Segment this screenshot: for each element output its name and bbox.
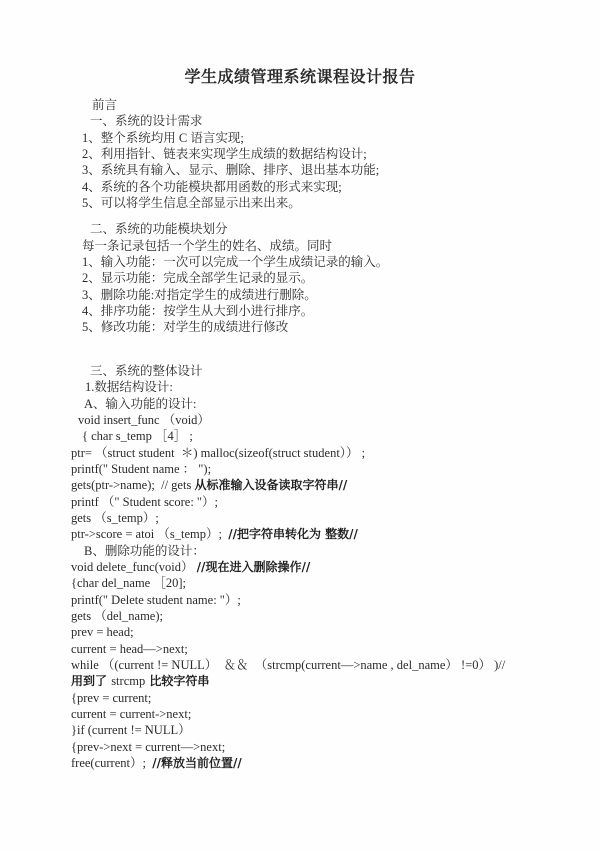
text-segment: A、输入功能的设计: <box>84 397 197 411</box>
text-line: }if (current != NULL） <box>71 722 576 738</box>
text-line: 一、系统的设计需求 <box>71 113 576 129</box>
text-line: { char s_temp ［4］ ; <box>71 428 576 444</box>
text-segment: gets （del_name); <box>71 609 163 623</box>
text-line: 用到了 strcmp 比较字符串 <box>71 673 576 689</box>
paragraph-spacer <box>71 336 576 363</box>
text-segment: 1、整个系统均用 C 语言实现; <box>82 131 244 145</box>
paragraph-spacer <box>71 211 576 221</box>
bold-comment-segment: 比较字符串 <box>145 674 209 688</box>
text-segment: prev = head; <box>71 625 134 639</box>
text-line: 5、修改功能：对学生的成绩进行修改 <box>71 319 576 335</box>
bold-comment-segment: //把字符串转化为 整数// <box>228 527 358 541</box>
text-line: printf(" Student name ： "); <box>71 461 576 477</box>
text-segment: 三、系统的整体设计 <box>90 364 203 378</box>
text-segment: current = current->next; <box>71 707 191 721</box>
document-page: 学生成绩管理系统课程设计报告 前言一、系统的设计需求1、整个系统均用 C 语言实… <box>0 0 600 850</box>
text-line: prev = head; <box>71 624 576 640</box>
text-segment: {prev->next = current—>next; <box>71 740 225 754</box>
text-line: 1、输入功能：一次可以完成一个学生成绩记录的输入。 <box>71 254 576 270</box>
text-line: printf （" Student score: "）; <box>71 494 576 510</box>
text-segment: {char del_name ［20]; <box>71 576 186 590</box>
text-line: 2、利用指针、链表来实现学生成绩的数据结构设计; <box>71 146 576 162</box>
text-segment: 2、利用指针、链表来实现学生成绩的数据结构设计; <box>82 147 367 161</box>
text-line: ptr->score = atoi （s_temp）; //把字符串转化为 整数… <box>71 526 576 542</box>
text-segment: free(current）; <box>71 756 152 770</box>
text-segment: gets （s_temp）; <box>71 511 159 525</box>
text-segment: strcmp <box>111 674 145 688</box>
text-line: void insert_func （void） <box>71 412 576 428</box>
page-title: 学生成绩管理系统课程设计报告 <box>0 0 600 89</box>
text-segment: 5、可以将学生信息全部显示出来出来。 <box>82 196 301 210</box>
text-segment: B、删除功能的设计： <box>84 544 205 558</box>
text-line: 前言 <box>71 97 576 113</box>
bold-comment-segment: //释放当前位置// <box>152 756 242 770</box>
text-segment: gets(ptr->name); // gets <box>71 478 194 492</box>
text-line: 2、显示功能：完成全部学生记录的显示。 <box>71 270 576 286</box>
text-line: 3、删除功能:对指定学生的成绩进行删除。 <box>71 287 576 303</box>
text-segment: current = head—>next; <box>71 642 188 656</box>
text-line: {char del_name ［20]; <box>71 575 576 591</box>
text-line: while （(current != NULL） ＆＆ （strcmp(curr… <box>71 657 576 673</box>
text-line: 每一条记录包括一个学生的姓名、成绩。同时 <box>71 238 576 254</box>
text-line: 1.数据结构设计: <box>71 379 576 395</box>
text-segment: 前言 <box>92 98 117 112</box>
text-line: 三、系统的整体设计 <box>71 363 576 379</box>
text-segment: while （(current != NULL） ＆＆ （strcmp(curr… <box>71 658 505 672</box>
text-segment: 1.数据结构设计: <box>85 380 173 394</box>
text-line: current = head—>next; <box>71 641 576 657</box>
text-segment: {prev = current; <box>71 691 151 705</box>
text-segment: 2、显示功能：完成全部学生记录的显示。 <box>82 271 313 285</box>
text-segment: printf(" Delete student name: "）; <box>71 593 241 607</box>
bold-comment-segment: //现在进入删除操作// <box>197 560 311 574</box>
text-line: 4、排序功能：按学生从大到小进行排序。 <box>71 303 576 319</box>
text-line: free(current）; //释放当前位置// <box>71 755 576 771</box>
text-segment: 一、系统的设计需求 <box>90 114 203 128</box>
text-line: B、删除功能的设计： <box>71 543 576 559</box>
text-segment: 3、删除功能:对指定学生的成绩进行删除。 <box>82 288 317 302</box>
text-segment: 3、系统具有输入、显示、删除、排序、退出基本功能; <box>82 163 379 177</box>
text-segment: 4、系统的各个功能模块都用函数的形式来实现; <box>82 180 342 194</box>
bold-comment-segment: 从标准输入设备读取字符串// <box>194 478 347 492</box>
text-line: gets （del_name); <box>71 608 576 624</box>
text-segment: void insert_func （void） <box>78 413 210 427</box>
text-line: current = current->next; <box>71 706 576 722</box>
text-line: 1、整个系统均用 C 语言实现; <box>71 130 576 146</box>
text-line: void delete_func(void） //现在进入删除操作// <box>71 559 576 575</box>
bold-comment-segment: 用到了 <box>71 674 111 688</box>
text-segment: printf(" Student name ： "); <box>71 462 211 476</box>
text-line: gets （s_temp）; <box>71 510 576 526</box>
text-segment: printf （" Student score: "）; <box>71 495 218 509</box>
text-line: {prev->next = current—>next; <box>71 739 576 755</box>
text-segment: void delete_func(void） <box>71 560 197 574</box>
text-segment: 4、排序功能：按学生从大到小进行排序。 <box>82 304 313 318</box>
text-segment: 1、输入功能：一次可以完成一个学生成绩记录的输入。 <box>82 255 388 269</box>
text-segment: }if (current != NULL） <box>71 723 191 737</box>
text-segment: 二、系统的功能模块划分 <box>90 222 228 236</box>
text-line: A、输入功能的设计: <box>71 396 576 412</box>
text-segment: 每一条记录包括一个学生的姓名、成绩。同时 <box>82 239 332 253</box>
text-segment: ptr= （struct student ＊) malloc(sizeof(st… <box>71 446 365 460</box>
text-line: ptr= （struct student ＊) malloc(sizeof(st… <box>71 445 576 461</box>
text-segment: 5、修改功能：对学生的成绩进行修改 <box>82 320 288 334</box>
text-segment: { char s_temp ［4］ ; <box>82 429 193 443</box>
text-line: {prev = current; <box>71 690 576 706</box>
text-line: gets(ptr->name); // gets 从标准输入设备读取字符串// <box>71 477 576 493</box>
text-line: 5、可以将学生信息全部显示出来出来。 <box>71 195 576 211</box>
document-body: 前言一、系统的设计需求1、整个系统均用 C 语言实现;2、利用指针、链表来实现学… <box>0 97 600 771</box>
text-line: printf(" Delete student name: "）; <box>71 592 576 608</box>
text-segment: ptr->score = atoi （s_temp）; <box>71 527 228 541</box>
text-line: 二、系统的功能模块划分 <box>71 221 576 237</box>
text-line: 4、系统的各个功能模块都用函数的形式来实现; <box>71 179 576 195</box>
text-line: 3、系统具有输入、显示、删除、排序、退出基本功能; <box>71 162 576 178</box>
